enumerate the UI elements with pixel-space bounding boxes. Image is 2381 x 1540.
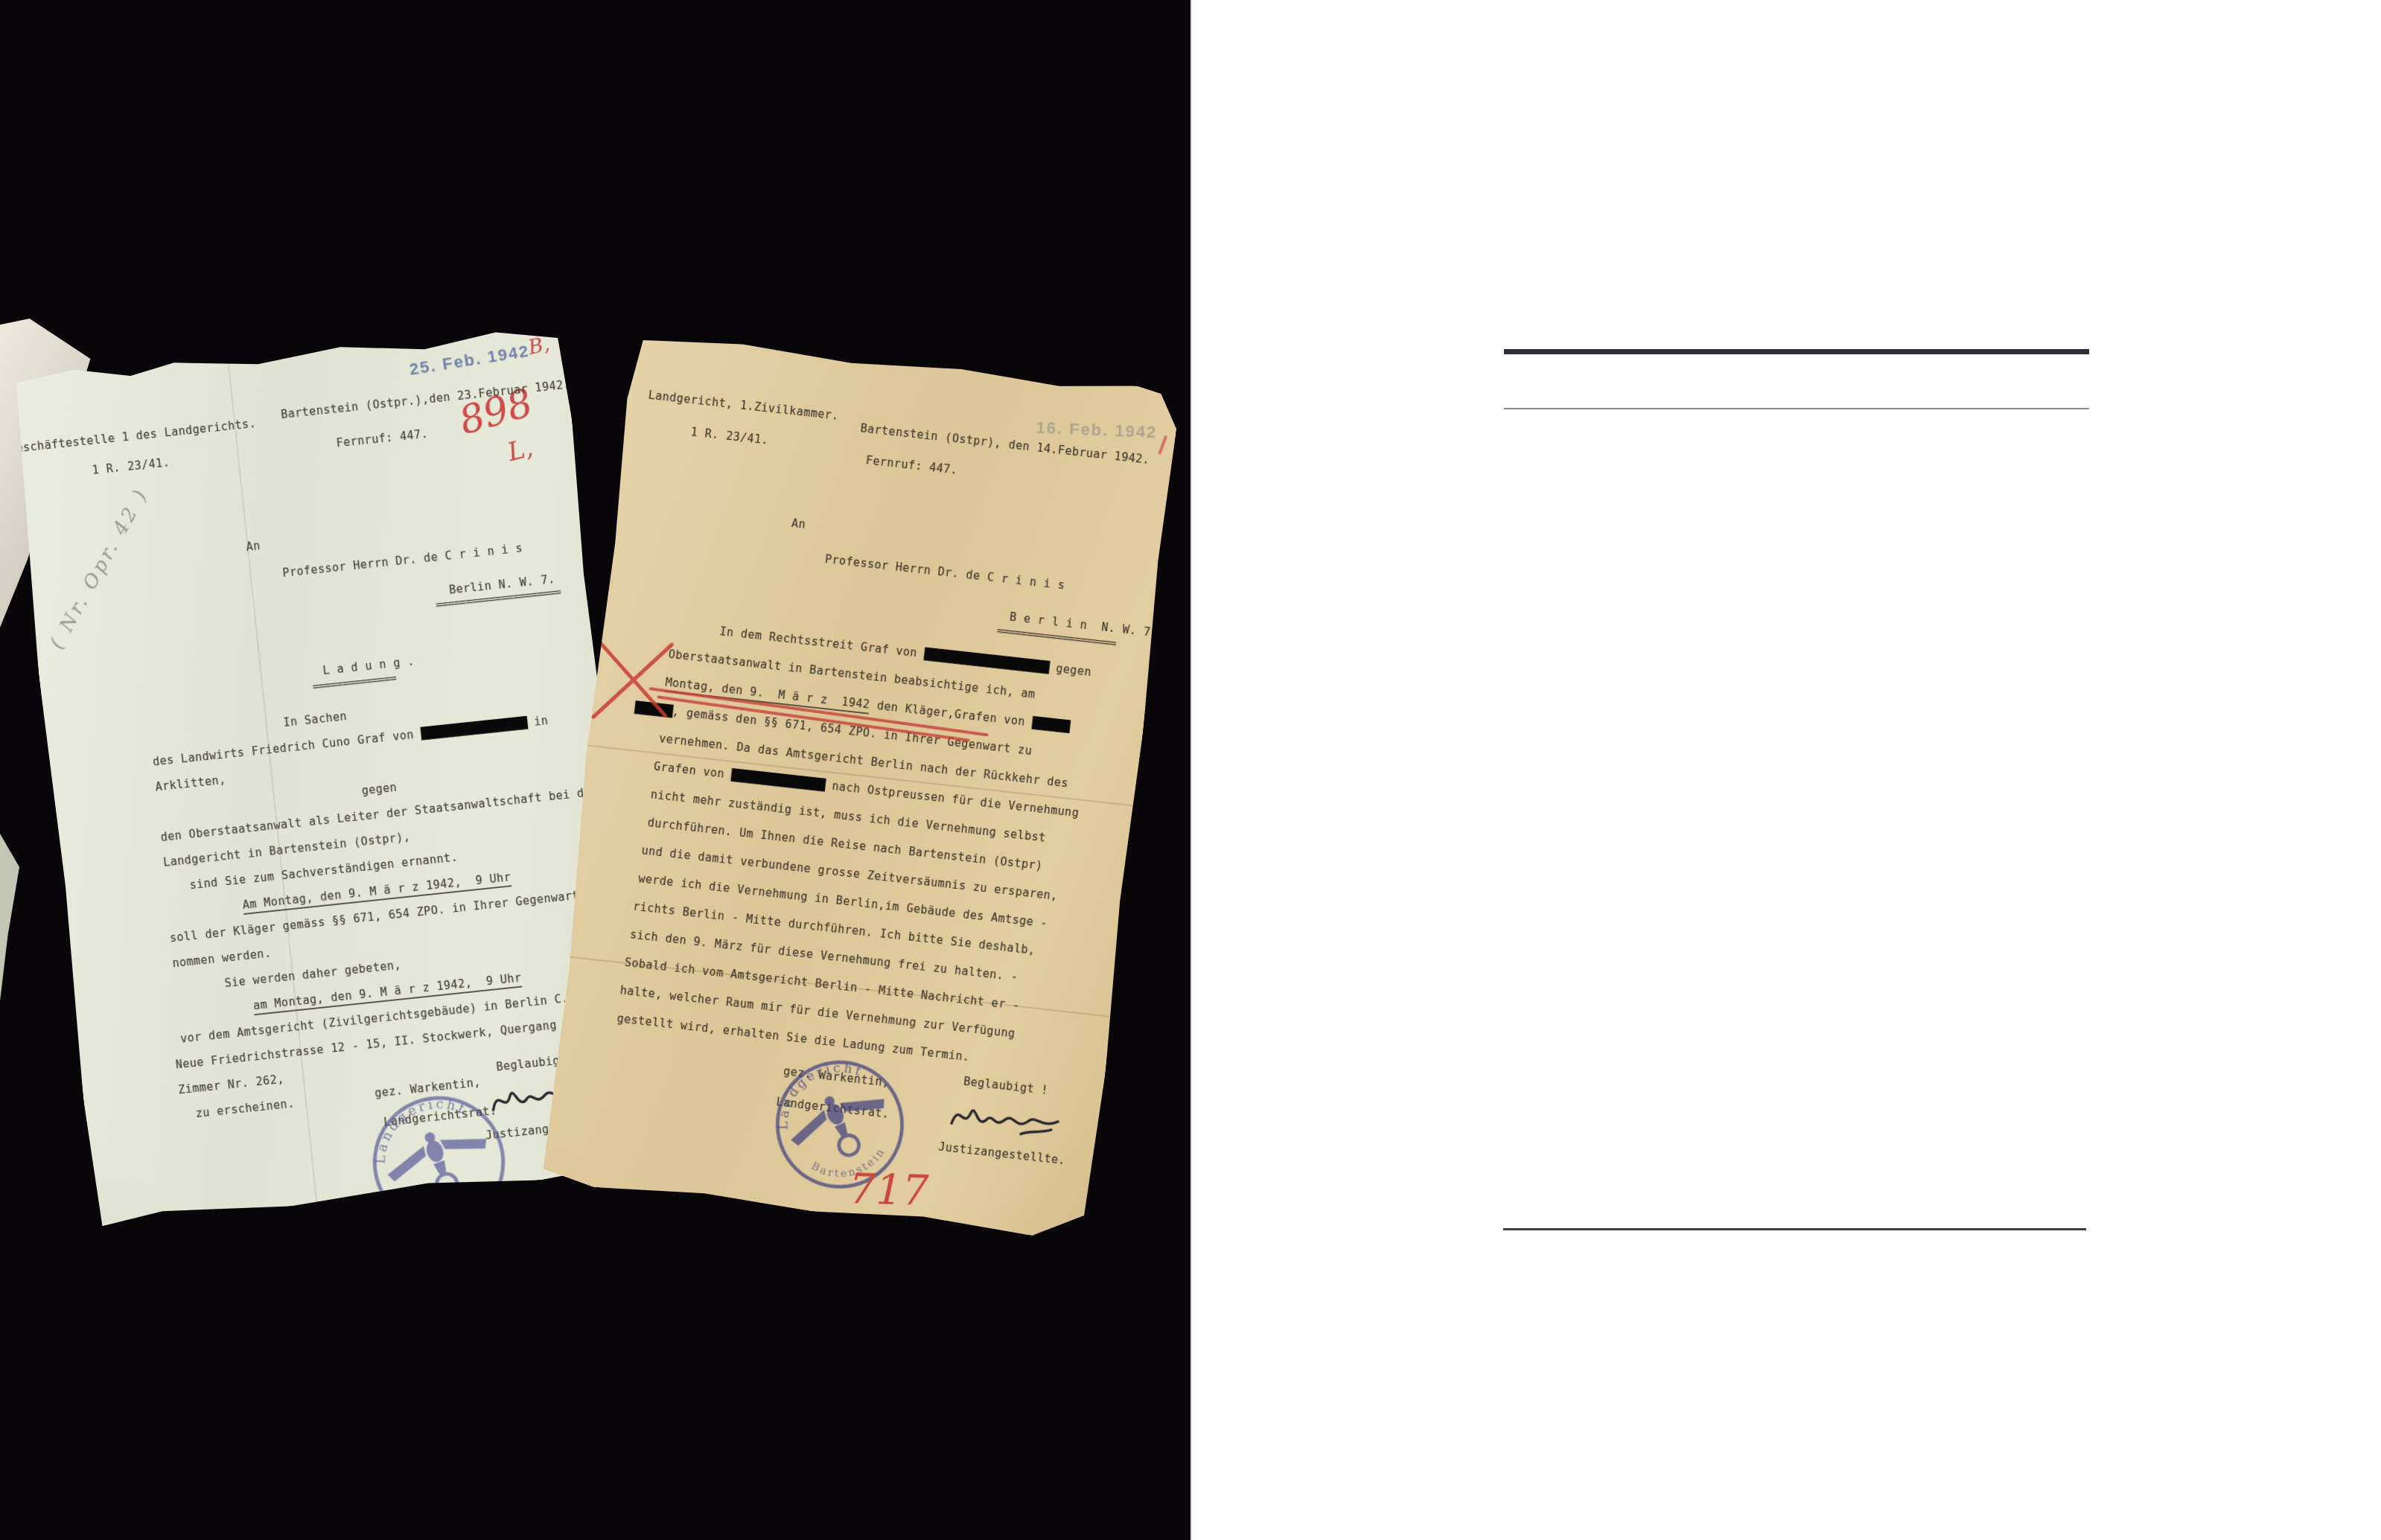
line-text: gegen — [361, 781, 398, 798]
page-gutter-line — [1190, 0, 1192, 1540]
typed-line: zu erscheinen. — [195, 1096, 296, 1120]
red-number-suffix: L, — [505, 432, 536, 467]
office-line: Landgericht, 1.Zivilkammer. — [648, 389, 840, 423]
caption-rule-bottom — [1503, 1228, 2086, 1230]
address-recipient: Professor Herrn Dr. de C r i n i s — [824, 552, 1065, 592]
line-text: Sie werden daher gebeten, — [224, 958, 402, 990]
file-reference: 1 R. 23/41. — [92, 456, 170, 477]
line-text: Zimmer Nr. 262, — [178, 1073, 285, 1097]
pencil-annotation: ( Nr. Opr. 42 ) — [46, 484, 153, 653]
line-text: zu erscheinen. — [195, 1096, 296, 1120]
address-recipient: Professor Herrn Dr. de C r i n i s — [282, 541, 523, 580]
seal-text-bottom: Bartenstein — [401, 1172, 490, 1233]
redaction-bar: █████████████████ — [420, 716, 527, 741]
line-text: und die damit verbundene grosse Zeitvers… — [641, 843, 1059, 903]
line-text: gegen — [1048, 661, 1092, 679]
line-text: In Sachen — [283, 709, 348, 729]
redaction-bar: ███████████████ — [730, 768, 826, 792]
red-stamp-slash — [1158, 435, 1167, 455]
fold-sliver-mid — [0, 834, 19, 1020]
file-reference: 1 R. 23/41. — [690, 425, 769, 447]
office-line: Geschäftestelle 1 des Landgerichts. — [8, 417, 257, 456]
typed-line: Zimmer Nr. 262, — [178, 1073, 285, 1097]
certify-label: Beglaubigt ! — [963, 1075, 1049, 1097]
line-text: Grafen von — [653, 760, 732, 782]
received-date-stamp: 16. Feb. 1942 — [1036, 418, 1158, 443]
svg-text:Bartenstein: Bartenstein — [401, 1172, 490, 1233]
line-text: In dem Rechtsstreit Graf von — [719, 624, 925, 660]
received-date-stamp: 25. Feb. 1942 — [408, 342, 531, 380]
document-right-surface: 16. Feb. 1942 Landgericht, 1.Zivilkammer… — [539, 330, 1181, 1242]
redaction-bar: ██████ — [1031, 716, 1070, 733]
typed-line: vernehmen. Da das Amtsgericht Berlin nac… — [658, 732, 1068, 790]
address-an: An — [791, 517, 806, 531]
line-text: nommen werden. — [172, 946, 272, 970]
line-text: des Landwirts Friedrich Cuno Graf von — [152, 727, 421, 769]
phone-line: Fernruf: 447. — [336, 427, 429, 450]
phone-line: Fernruf: 447. — [865, 453, 958, 476]
red-number: 717 — [849, 1165, 929, 1215]
caption-rule-thin — [1504, 408, 2089, 409]
redaction-bar: ████████████████████ — [923, 647, 1050, 674]
line-text: in — [526, 714, 549, 729]
caption-page — [1190, 0, 2381, 1540]
typed-line: nommen werden. — [172, 946, 272, 970]
stamp-initials: B, — [526, 333, 552, 360]
typed-line: Sie werden daher gebeten, — [224, 958, 402, 990]
typed-line: und die damit verbundene grosse Zeitvers… — [641, 843, 1059, 903]
address-an: An — [246, 539, 261, 554]
typed-line: werde ich die Vernehmung in Berlin,im Ge… — [638, 872, 1048, 930]
typed-line: Arklitten, — [155, 773, 227, 794]
typed-line: gegen — [361, 781, 398, 798]
line-text: vernehmen. Da das Amtsgericht Berlin nac… — [658, 732, 1068, 790]
book-spread: 25. Feb. 1942 B, 898 L, Geschäftestelle … — [0, 0, 2381, 1540]
line-text: Arklitten, — [155, 773, 227, 794]
photo-plate: 25. Feb. 1942 B, 898 L, Geschäftestelle … — [0, 0, 1190, 1540]
document-right: 16. Feb. 1942 Landgericht, 1.Zivilkammer… — [539, 330, 1181, 1242]
caption-rule-thick — [1504, 349, 2089, 354]
typed-line: des Landwirts Friedrich Cuno Graf von ██… — [152, 714, 549, 769]
line-text: werde ich die Vernehmung in Berlin,im Ge… — [638, 872, 1048, 930]
typed-line: In Sachen — [283, 709, 348, 729]
